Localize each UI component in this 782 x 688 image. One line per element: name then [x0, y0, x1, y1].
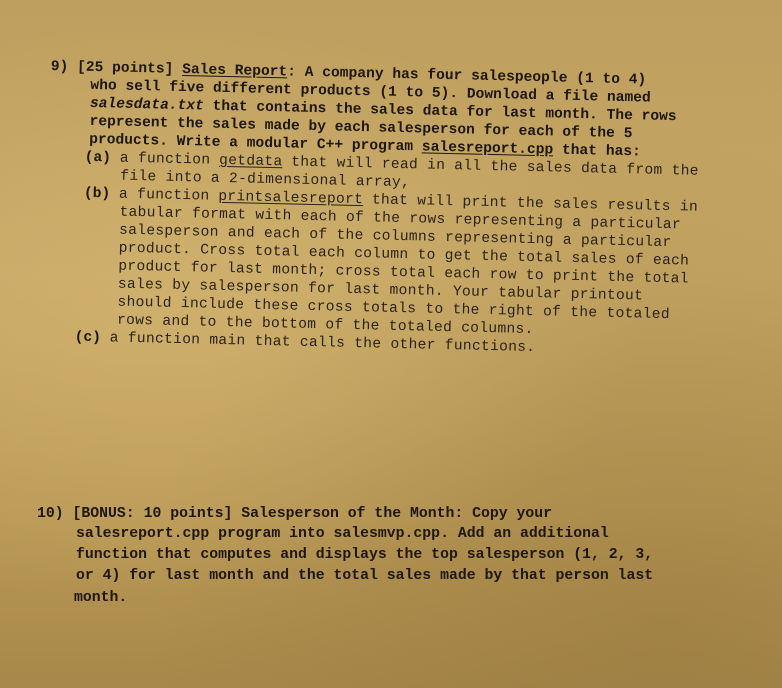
document-page: 9) [25 points] Sales Report: A company h… [0, 0, 782, 688]
question-number: 10) [37, 506, 64, 522]
part-label: (b) [84, 186, 111, 203]
question-number: 9) [51, 59, 69, 75]
part-label: (a) [85, 150, 112, 167]
question-10-line: salesreport.cpp program into salesmvp.cp… [76, 525, 609, 543]
question-10-line: month. [74, 589, 127, 607]
function-name: printsalesreport [218, 189, 363, 208]
question-10-line: function that computes and displays the … [76, 546, 653, 564]
question-points: [25 points] [77, 60, 174, 78]
question-10-line: or 4) for last month and the total sales… [76, 567, 653, 585]
part-label: (c) [74, 330, 101, 347]
function-name: getdata [219, 153, 283, 170]
question-10-header: 10) [BONUS: 10 points] Salesperson of th… [37, 505, 552, 523]
data-file-name: salesdata.txt [90, 96, 204, 115]
question-title: Sales Report [182, 62, 287, 80]
program-file-name: salesreport.cpp [422, 139, 554, 158]
